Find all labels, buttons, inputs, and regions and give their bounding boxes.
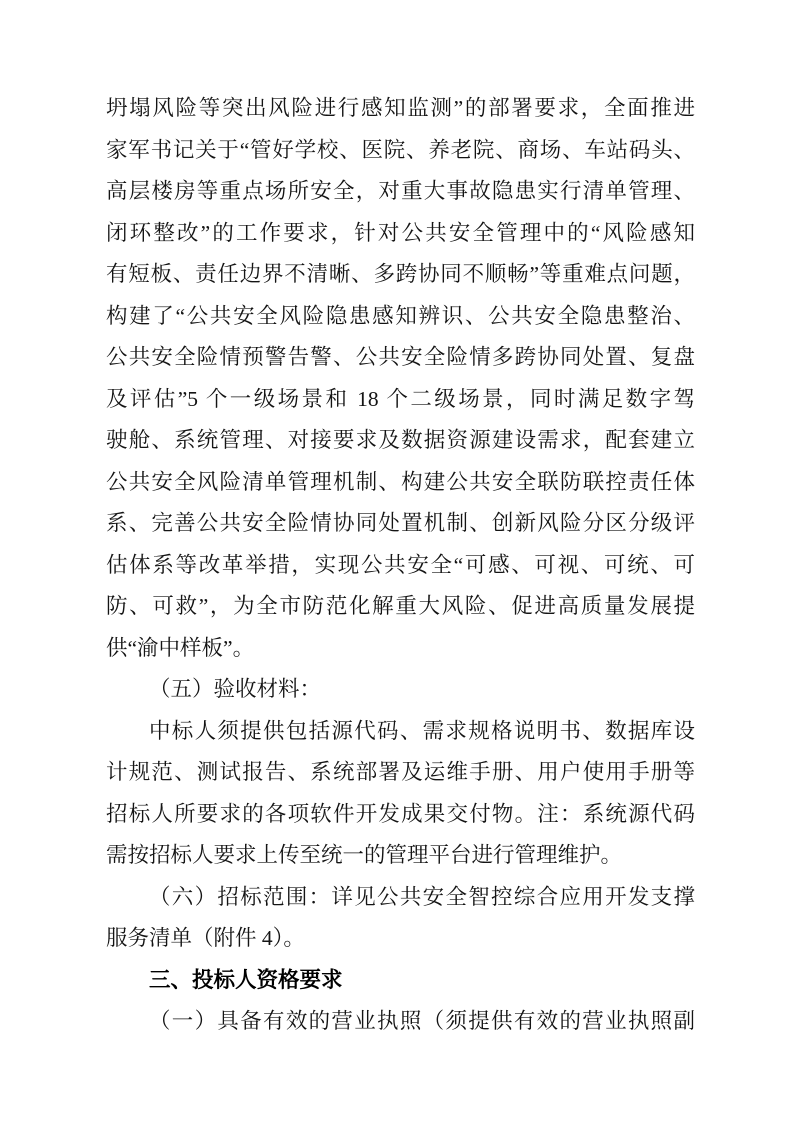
text-line: 中标人须提供包括源代码、需求规格说明书、数据库设 [106,711,695,753]
text-line: 估体系等改革举措，实现公共安全“可感、可视、可统、可 [106,545,695,587]
document-body: 坍塌风险等突出风险进行感知监测”的部署要求，全面推进家军书记关于“管好学校、医院… [106,88,695,1043]
text-line: 有短板、责任边界不清晰、多跨协同不顺畅”等重难点问题， [106,254,695,296]
text-line: 供“渝中样板”。 [106,628,695,670]
document-page: 坍塌风险等突出风险进行感知监测”的部署要求，全面推进家军书记关于“管好学校、医院… [0,0,793,1122]
text-line: 公共安全风险清单管理机制、构建公共安全联防联控责任体 [106,462,695,504]
text-line: 坍塌风险等突出风险进行感知监测”的部署要求，全面推进 [106,88,695,130]
text-line: 家军书记关于“管好学校、医院、养老院、商场、车站码头、 [106,130,695,172]
text-line: 构建了“公共安全风险隐患感知辨识、公共安全隐患整治、 [106,296,695,338]
text-line: （五）验收材料： [106,669,695,711]
text-line: 驶舱、系统管理、对接要求及数据资源建设需求，配套建立 [106,420,695,462]
text-line: 闭环整改”的工作要求，针对公共安全管理中的“风险感知 [106,213,695,255]
text-line: 系、完善公共安全险情协同处置机制、创新风险分区分级评 [106,503,695,545]
text-line: 防、可救”，为全市防范化解重大风险、促进高质量发展提 [106,586,695,628]
text-line: 招标人所要求的各项软件开发成果交付物。注：系统源代码 [106,794,695,836]
text-line: （一）具备有效的营业执照（须提供有效的营业执照副 [106,1001,695,1043]
text-line: 及评估”5 个一级场景和 18 个二级场景，同时满足数字驾 [106,379,695,421]
section-heading: 三、投标人资格要求 [106,960,695,1002]
text-line: （六）招标范围：详见公共安全智控综合应用开发支撑 [106,877,695,919]
text-line: 公共安全险情预警告警、公共安全险情多跨协同处置、复盘 [106,337,695,379]
text-line: 高层楼房等重点场所安全，对重大事故隐患实行清单管理、 [106,171,695,213]
text-line: 服务清单（附件 4）。 [106,918,695,960]
text-line: 计规范、测试报告、系统部署及运维手册、用户使用手册等 [106,752,695,794]
text-line: 需按招标人要求上传至统一的管理平台进行管理维护。 [106,835,695,877]
